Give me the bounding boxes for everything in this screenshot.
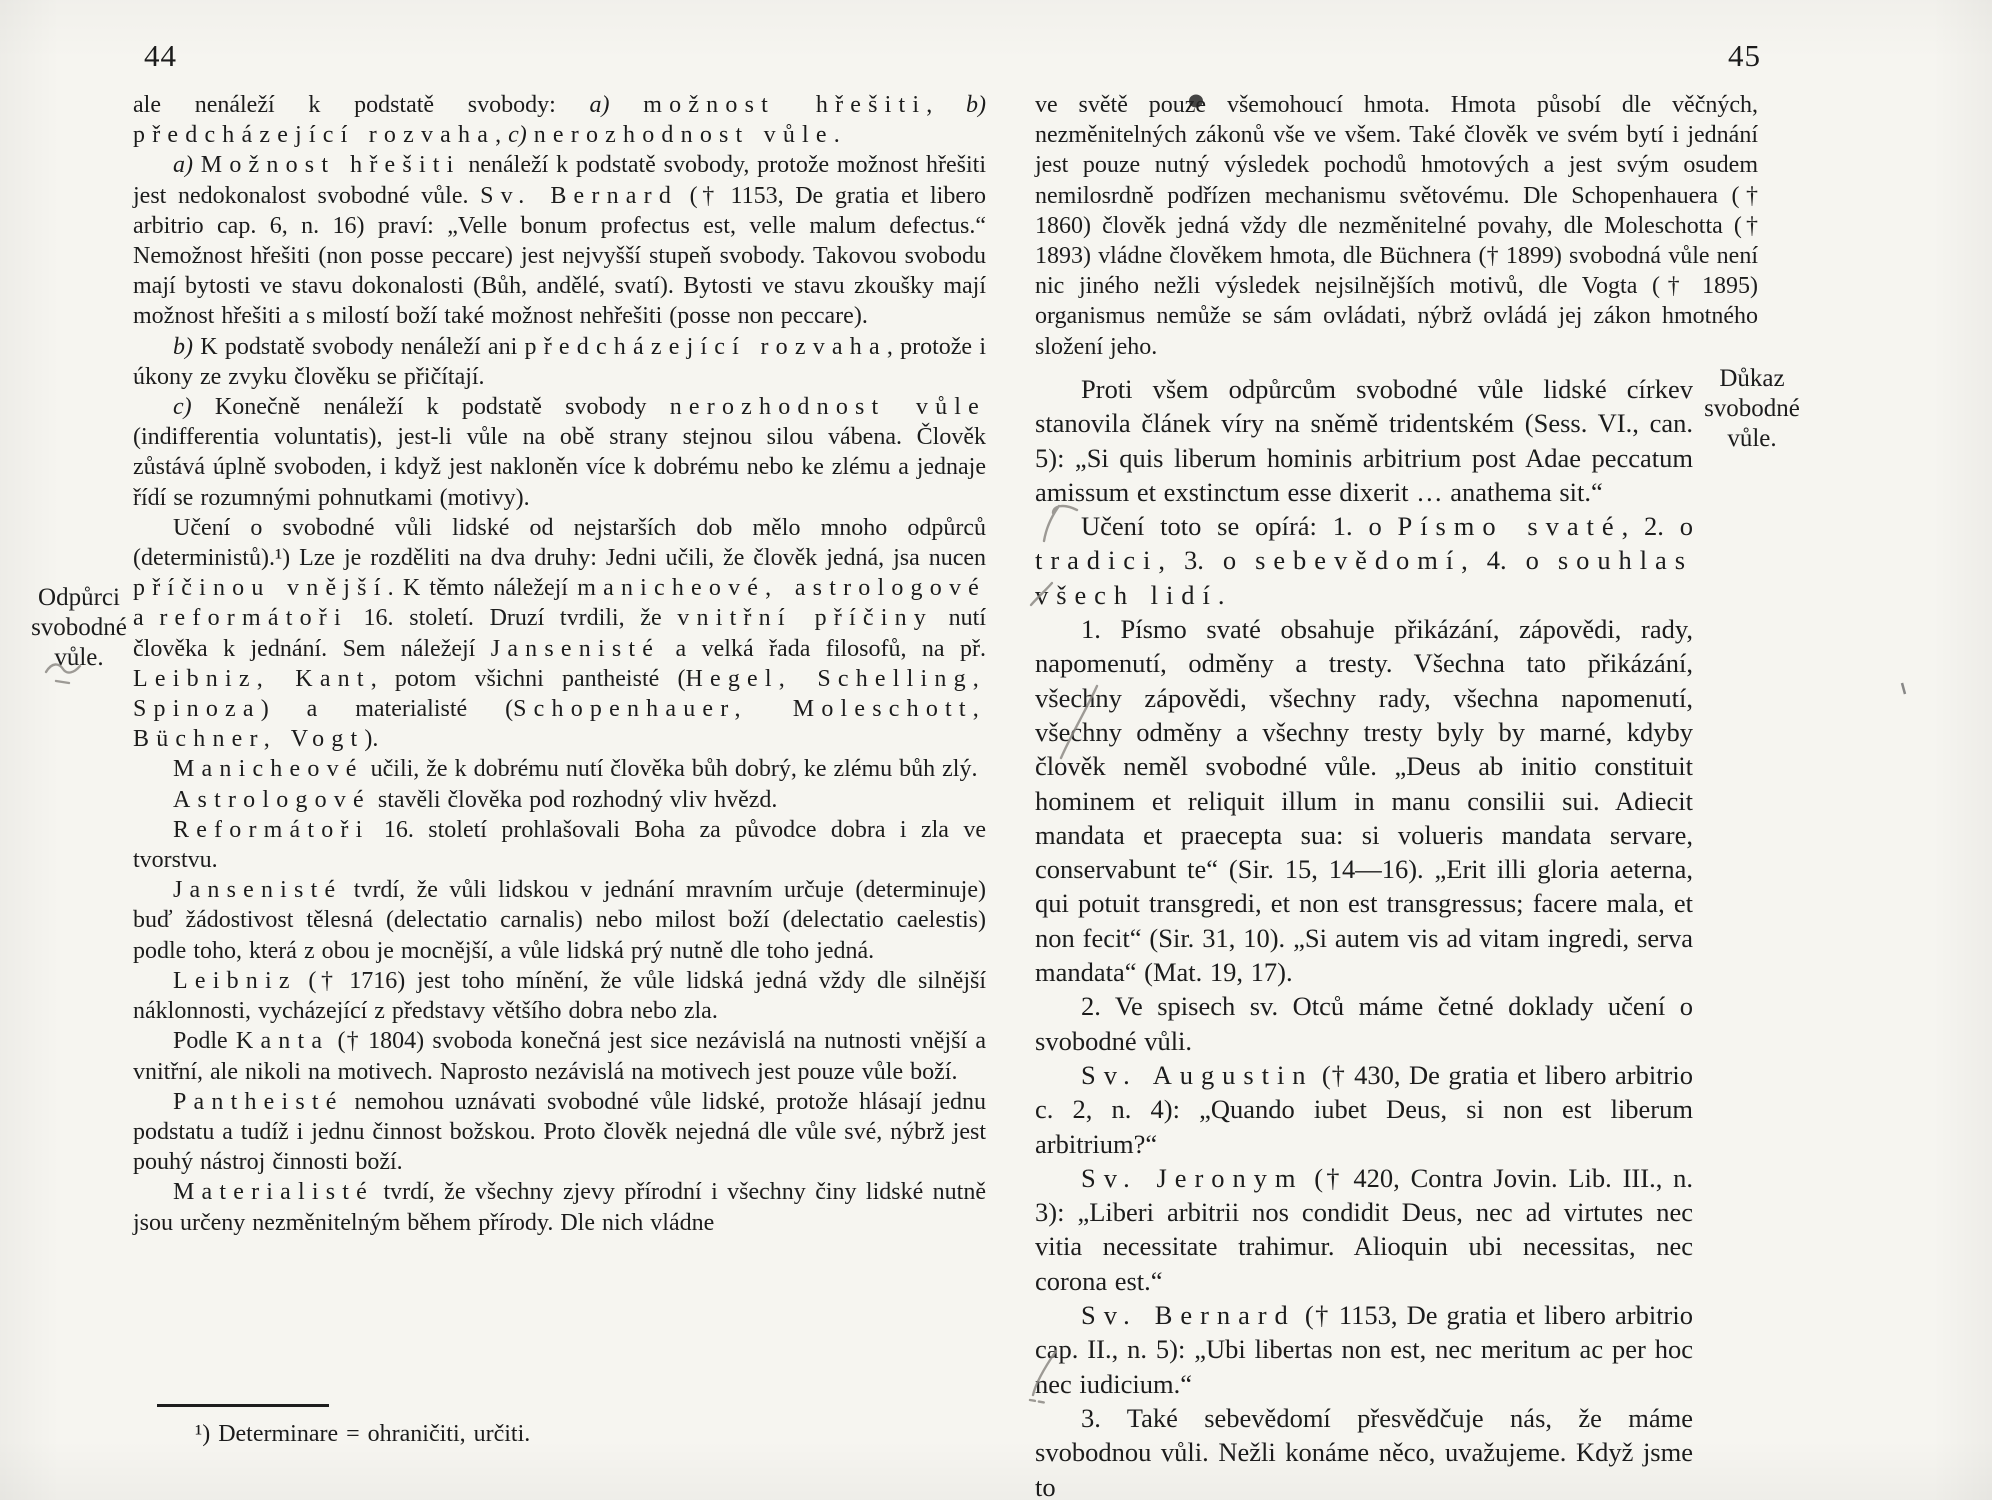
body-text: ) a materialisté ( bbox=[261, 696, 513, 722]
right-page-number: 45 bbox=[1728, 38, 1761, 74]
footnote-block: ¹) Determinare = ohraničiti, určiti. bbox=[133, 1404, 986, 1448]
body-text: . bbox=[1218, 580, 1225, 610]
body-text bbox=[193, 152, 201, 178]
right-large-text-column: Proti všem odpůrcům svobodné vůle lidské… bbox=[1035, 372, 1693, 1500]
body-text: a velká řada filosofů, na př. bbox=[660, 636, 986, 662]
emphasized-spaced-text: nerozhodnost vůle bbox=[534, 122, 834, 148]
body-text: K podstatě svobody nenáleží ani bbox=[193, 334, 525, 360]
emphasized-spaced-text: předcházející rozvaha bbox=[525, 334, 887, 360]
emphasized-spaced-text: Sv. Bernard bbox=[480, 183, 678, 209]
paragraph: 3. Také sebevědomí přesvědčuje nás, že m… bbox=[1035, 1401, 1693, 1500]
left-page-number: 44 bbox=[144, 38, 177, 74]
emphasized-spaced-text: sebevědomí bbox=[1255, 545, 1461, 575]
body-text: ale nenáleží k podstatě svobody: bbox=[133, 92, 590, 118]
book-scan: 44 45 Odpůrci svobodné vůle. Důkaz svobo… bbox=[0, 0, 1992, 1500]
paragraph: 1. Písmo svaté obsahuje přikázání, zápov… bbox=[1035, 612, 1693, 989]
paragraph: Leibniz († 1716) jest toho mínění, že vů… bbox=[133, 966, 986, 1026]
paragraph: Podle Kanta († 1804) svoboda konečná jes… bbox=[133, 1026, 986, 1086]
paragraph: Jansenisté tvrdí, že vůli lidskou v jedn… bbox=[133, 875, 986, 966]
emphasized-spaced-text: Sv. Jeronym bbox=[1081, 1163, 1303, 1193]
emphasized-spaced-text: Sv. Augustin bbox=[1081, 1060, 1313, 1090]
paragraph: ale nenáleží k podstatě svobody: a) možn… bbox=[133, 90, 986, 150]
body-text: . K těmto náležejí bbox=[388, 575, 578, 601]
emphasized-spaced-text: příčinou vnější bbox=[133, 575, 388, 601]
paragraph: b) K podstatě svobody nenáleží ani předc… bbox=[133, 332, 986, 392]
paragraph: Reformátoři 16. století prohlašovali Boh… bbox=[133, 815, 986, 875]
paragraph: Proti všem odpůrcům svobodné vůle lidské… bbox=[1035, 372, 1693, 509]
emphasized-spaced-text: Leibniz bbox=[173, 968, 297, 994]
emphasized-spaced-text: Jansenisté bbox=[173, 877, 342, 903]
body-text: Učení o svobodné vůli lidské od nejstarš… bbox=[133, 515, 986, 571]
body-text: 1. Písmo svaté obsahuje přikázání, zápov… bbox=[1035, 614, 1693, 987]
left-margin-note: Odpůrci svobodné vůle. bbox=[22, 583, 136, 673]
paragraph: Sv. Augustin († 430, De gratia et libero… bbox=[1035, 1058, 1693, 1161]
italic-list-marker: c) bbox=[508, 122, 527, 148]
emphasized-spaced-text: reformátoři bbox=[159, 605, 347, 631]
footnote-rule bbox=[157, 1404, 329, 1407]
body-text: ). bbox=[364, 726, 378, 752]
body-text: Podle bbox=[173, 1028, 236, 1054]
emphasized-spaced-text: možnost hřešiti bbox=[643, 92, 926, 118]
italic-list-marker: a) bbox=[590, 92, 610, 118]
body-text: , potom všichni pantheisté ( bbox=[371, 666, 686, 692]
paragraph: Astrologové stavěli člověka pod rozhodný… bbox=[133, 785, 986, 815]
emphasized-spaced-text: Možnost hřešiti bbox=[201, 152, 461, 178]
italic-list-marker: b) bbox=[173, 334, 193, 360]
paragraph: 2. Ve spisech sv. Otců máme četné doklad… bbox=[1035, 989, 1693, 1058]
paragraph: Manicheové učili, že k dobrému nutí člov… bbox=[133, 754, 986, 784]
paragraph: Učení toto se opírá: 1. o Písmo svaté, 2… bbox=[1035, 509, 1693, 612]
paragraph: Učení o svobodné vůli lidské od nejstarš… bbox=[133, 513, 986, 755]
paragraph: Pantheisté nemohou uznávati svobodné vůl… bbox=[133, 1087, 986, 1178]
body-text: (indifferentia voluntatis), jest-li vůle… bbox=[133, 424, 986, 510]
emphasized-spaced-text: Písmo svaté bbox=[1398, 511, 1622, 541]
emphasized-spaced-text: Sv. Bernard bbox=[1081, 1300, 1296, 1330]
body-text bbox=[610, 92, 644, 118]
paragraph: c) Konečně nenáleží k podstatě svobody n… bbox=[133, 392, 986, 513]
body-text: stavěli člověka pod rozhodný vliv hvězd. bbox=[371, 787, 778, 813]
body-text: 16. století. Druzí tvrdili, že bbox=[348, 605, 677, 631]
italic-list-marker: a) bbox=[173, 152, 193, 178]
right-margin-note: Důkaz svobodné vůle. bbox=[1692, 364, 1812, 454]
body-text: . bbox=[834, 122, 840, 148]
left-text-column: ale nenáleží k podstatě svobody: a) možn… bbox=[133, 90, 986, 1238]
italic-list-marker: c) bbox=[173, 394, 192, 420]
emphasized-spaced-text: Kanta bbox=[236, 1028, 329, 1054]
emphasized-spaced-text: nerozhodnost vůle bbox=[670, 394, 986, 420]
emphasized-spaced-text: Astrologové bbox=[173, 787, 371, 813]
emphasized-spaced-text: Materialisté bbox=[173, 1179, 374, 1205]
paragraph: Materialisté tvrdí, že všechny zjevy pří… bbox=[133, 1177, 986, 1237]
italic-list-marker: b) bbox=[966, 92, 986, 118]
emphasized-spaced-text: předcházející rozvaha bbox=[133, 122, 495, 148]
right-small-text-column: ve světě pouze všemohoucí hmota. Hmota p… bbox=[1035, 90, 1758, 362]
emphasized-spaced-text: Reformátoři bbox=[173, 817, 370, 843]
body-text: , bbox=[495, 122, 508, 148]
body-text: Konečně nenáleží k podstatě svobody bbox=[192, 394, 670, 420]
emphasized-spaced-text: tradici bbox=[1035, 545, 1158, 575]
emphasized-spaced-text: Leibniz, Kant bbox=[133, 666, 371, 692]
paragraph: Sv. Jeronym († 420, Contra Jovin. Lib. I… bbox=[1035, 1161, 1693, 1298]
emphasized-spaced-text: vnitřní příčiny bbox=[677, 605, 933, 631]
body-text: 2. Ve spisech sv. Otců máme četné doklad… bbox=[1035, 991, 1693, 1055]
paragraph: Sv. Bernard († 1153, De gratia et libero… bbox=[1035, 1298, 1693, 1401]
body-text: Učení toto se opírá: 1. o bbox=[1081, 511, 1398, 541]
body-text: Proti všem odpůrcům svobodné vůle lidské… bbox=[1035, 374, 1693, 507]
body-text: učili, že k dobrému nutí člověka bůh dob… bbox=[364, 756, 978, 782]
body-text: , 2. o bbox=[1622, 511, 1693, 541]
paragraph: ve světě pouze všemohoucí hmota. Hmota p… bbox=[1035, 90, 1758, 362]
emphasized-spaced-text: Pantheisté bbox=[173, 1089, 344, 1115]
body-text: , 4. o bbox=[1461, 545, 1558, 575]
body-text: a bbox=[133, 605, 159, 631]
emphasized-spaced-text: Manicheové bbox=[173, 756, 364, 782]
body-text: , 3. o bbox=[1158, 545, 1255, 575]
emphasized-spaced-text: manicheové, astrologové bbox=[577, 575, 986, 601]
body-text: , bbox=[926, 92, 966, 118]
body-text: ve světě pouze všemohoucí hmota. Hmota p… bbox=[1035, 92, 1758, 360]
emphasized-spaced-text: Jansenisté bbox=[491, 636, 660, 662]
body-text bbox=[527, 122, 534, 148]
ink-speck bbox=[1902, 683, 1905, 694]
footnote-text: ¹) Determinare = ohraničiti, určiti. bbox=[133, 1421, 986, 1448]
paragraph: a) Možnost hřešiti nenáleží k podstatě s… bbox=[133, 150, 986, 331]
body-text: 3. Také sebevědomí přesvědčuje nás, že m… bbox=[1035, 1403, 1693, 1500]
